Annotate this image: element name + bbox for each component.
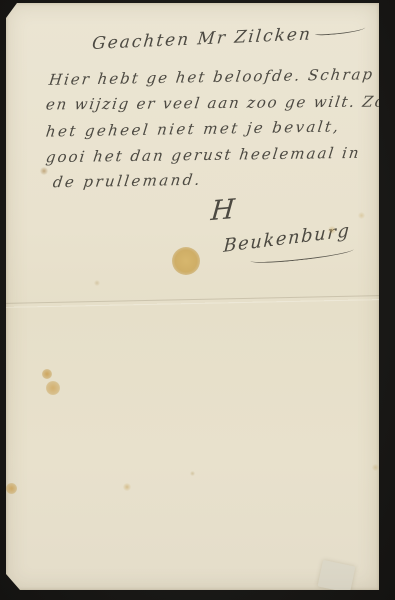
foxing-spot bbox=[372, 464, 379, 471]
greeting-flourish bbox=[315, 25, 366, 36]
foxing-spot bbox=[94, 280, 100, 286]
body-line-1: Hier hebt ge het beloofde. Schrap bbox=[48, 65, 375, 89]
signature-flourish bbox=[250, 245, 354, 266]
large-ink-stain bbox=[172, 247, 200, 275]
foxing-spot bbox=[358, 212, 365, 219]
greeting-line: Geachten Mr Zilcken bbox=[91, 22, 366, 54]
body-line-3: het geheel niet met je bevalt, bbox=[45, 117, 342, 140]
greeting-text: Geachten Mr Zilcken bbox=[91, 24, 313, 54]
foxing-spot bbox=[6, 483, 17, 494]
foxing-spot bbox=[190, 471, 195, 476]
foxing-spot bbox=[328, 226, 336, 234]
body-line-4: gooi het dan gerust heelemaal in bbox=[45, 144, 362, 166]
scan-backdrop: { "letter": { "greeting": "Geachten Mr Z… bbox=[0, 0, 395, 600]
fold-crease bbox=[2, 295, 384, 307]
foxing-spot bbox=[42, 369, 52, 379]
body-line-5: de prullemand. bbox=[52, 171, 203, 192]
foxing-spot bbox=[46, 381, 60, 395]
foxing-spot bbox=[123, 483, 131, 491]
letter-paper: Geachten Mr Zilcken Hier hebt ge het bel… bbox=[6, 3, 379, 590]
signature-initial: H bbox=[210, 194, 236, 227]
foxing-spot bbox=[40, 167, 48, 175]
tape-residue-patch bbox=[318, 560, 356, 593]
body-line-2: en wijzig er veel aan zoo ge wilt. Zo bbox=[45, 93, 387, 114]
